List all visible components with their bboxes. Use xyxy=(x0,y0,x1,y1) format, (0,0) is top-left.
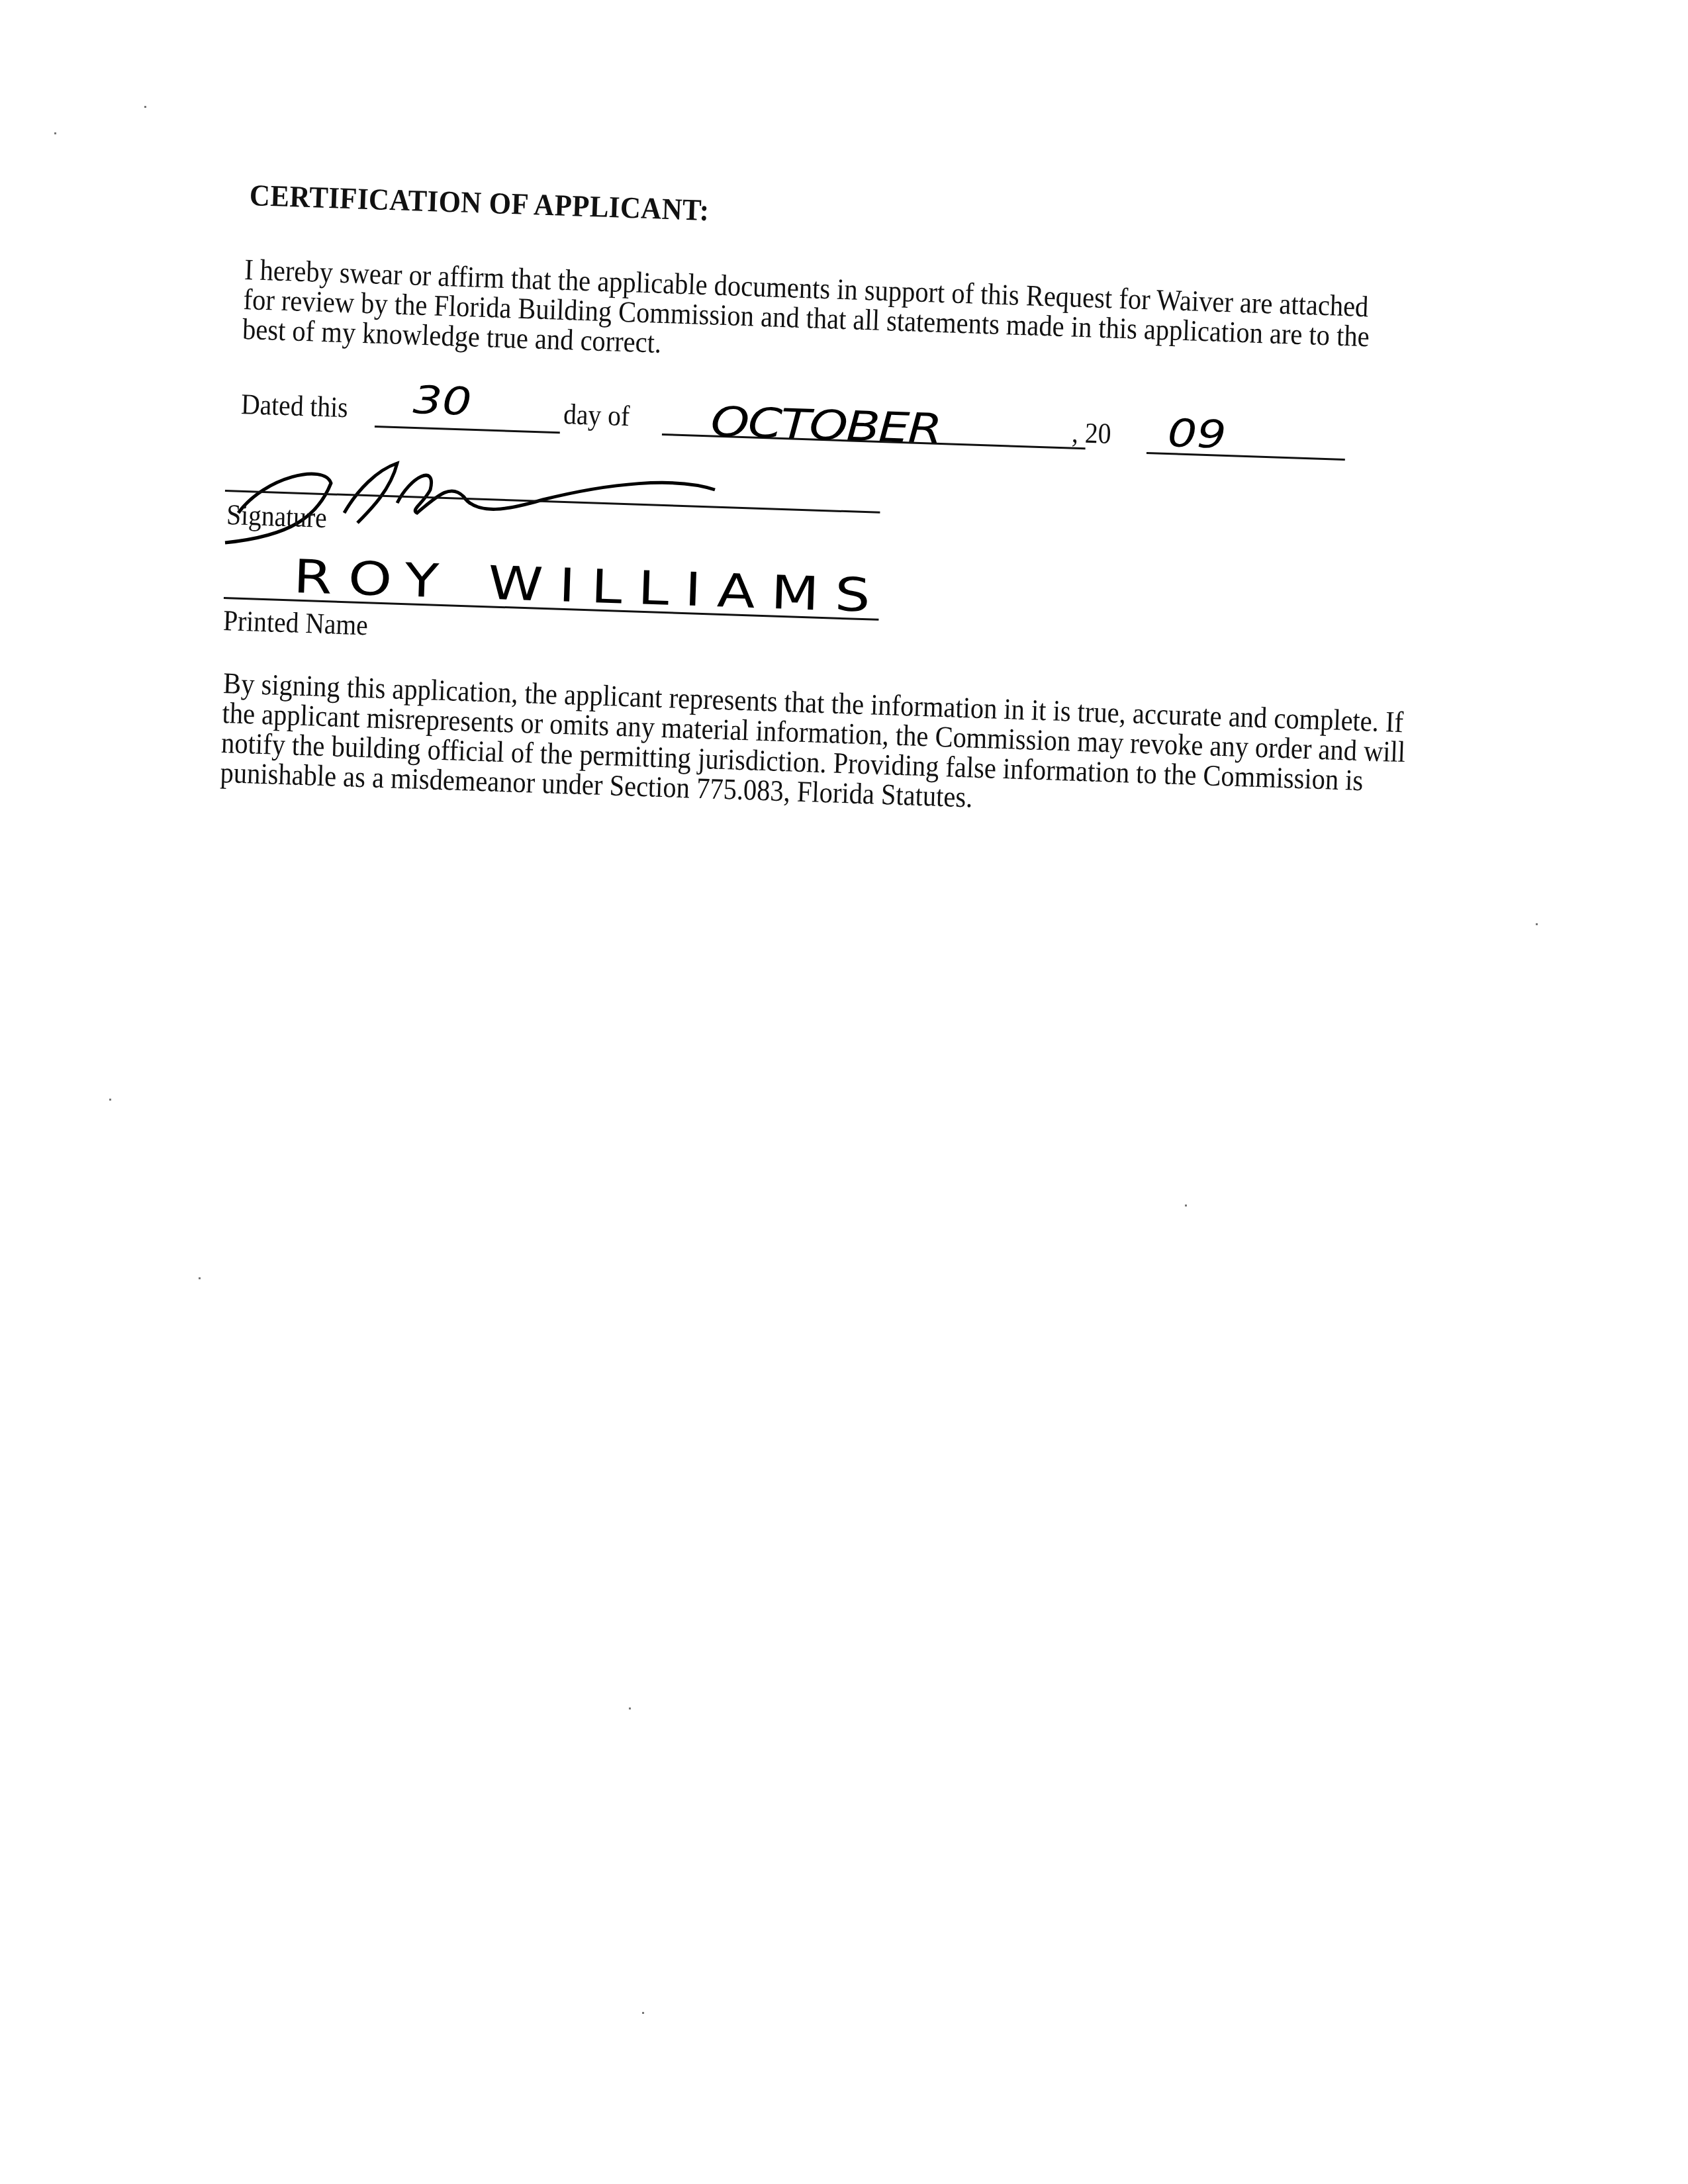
scan-speck xyxy=(642,2012,644,2014)
scan-speck xyxy=(199,1277,201,1279)
scan-speck xyxy=(629,1707,631,1709)
dated-label: Dated this xyxy=(240,388,348,424)
scan-speck xyxy=(144,106,146,108)
dated-row: Dated this xyxy=(240,387,348,424)
day-field-line xyxy=(375,426,560,433)
section-title: CERTIFICATION OF APPLICANT: xyxy=(249,177,710,228)
certification-paragraph: I hereby swear or affirm that the applic… xyxy=(242,255,1377,382)
day-field[interactable]: 30 xyxy=(412,377,473,424)
day-of-label: day of xyxy=(563,397,630,433)
printed-name-label: Printed Name xyxy=(222,604,368,642)
year-prefix-label: , 20 xyxy=(1071,416,1111,451)
printed-name-field[interactable]: ROY WILLIAMS xyxy=(293,549,887,623)
scan-speck xyxy=(109,1099,111,1101)
signature-label: Signature xyxy=(226,498,327,535)
year-field[interactable]: 09 xyxy=(1167,410,1227,457)
document-page: CERTIFICATION OF APPLICANT: I hereby swe… xyxy=(0,0,1688,2184)
scan-speck xyxy=(54,132,56,134)
scan-speck xyxy=(1536,923,1538,925)
disclaimer-paragraph: By signing this application, the applica… xyxy=(220,668,1415,827)
scan-speck xyxy=(1185,1205,1187,1206)
